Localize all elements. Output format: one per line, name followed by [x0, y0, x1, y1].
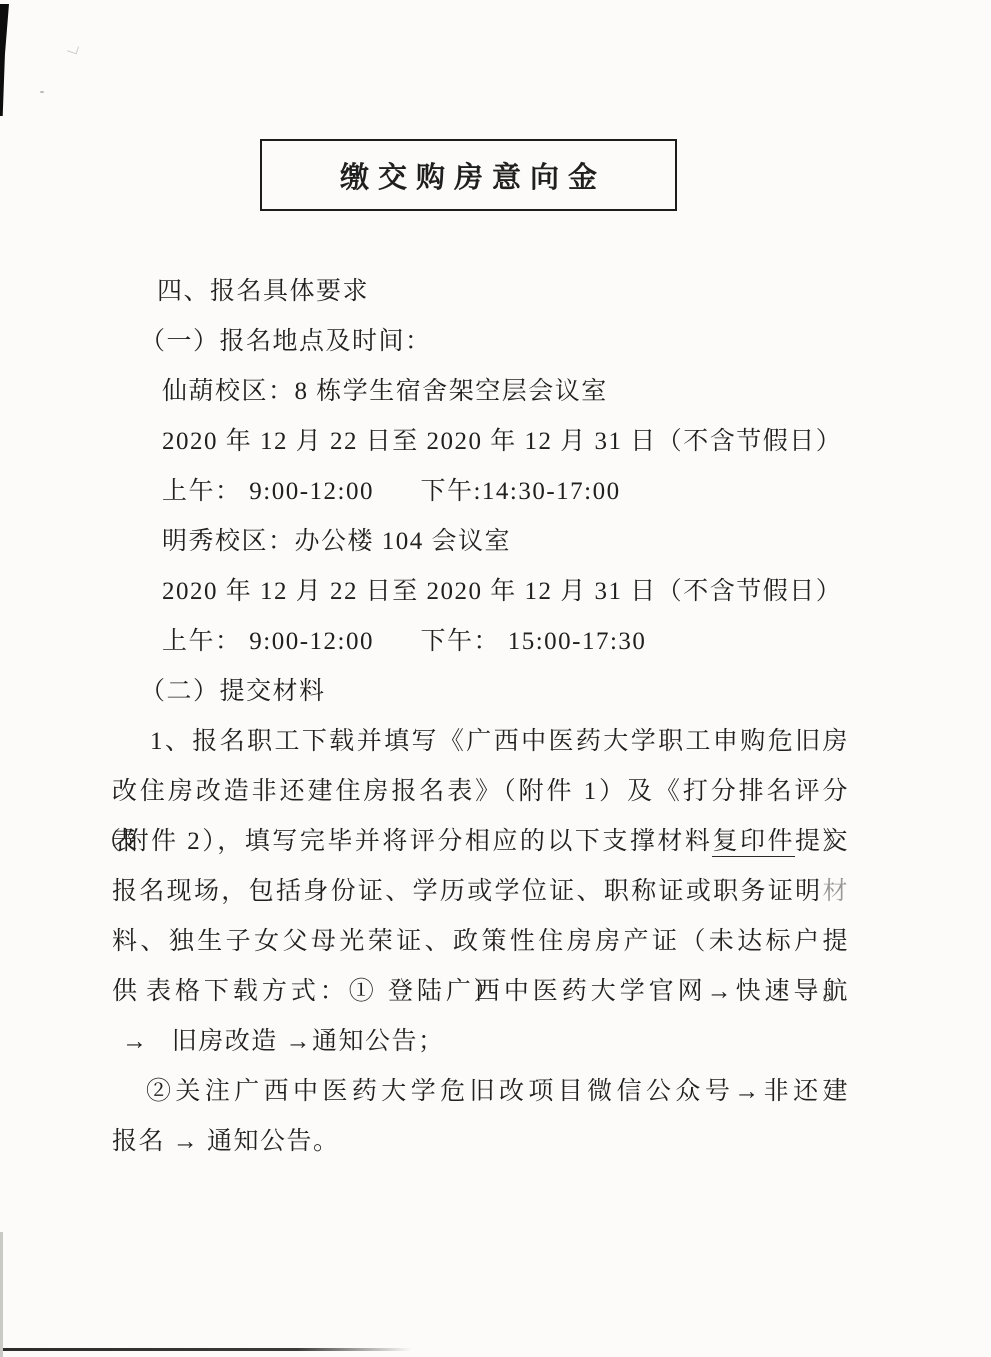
- section-heading: 四、报名具体要求: [112, 267, 849, 317]
- para1-line4: 报名现场，包括身份证、学历或学位证、职称证或职务证明材: [112, 867, 849, 917]
- para1-line3-underlined: 复印件: [712, 828, 795, 857]
- venue-2-hours: 上午： 9:00-12:00 下午： 15:00-17:30: [112, 617, 849, 667]
- para1-line3-pre: （附件 2），填写完毕并将评分相应的以下支撑材料: [96, 828, 712, 855]
- title-box: 缴交购房意向金: [260, 139, 677, 211]
- venue-1-location: 仙葫校区：8 栋学生宿舍架空层会议室: [112, 367, 849, 417]
- para1-line4-faded-char: 材: [822, 878, 849, 905]
- para1-line2: 改住房改造非还建住房报名表》（附件 1）及《打分排名评分表》: [112, 767, 849, 817]
- para3-line1: ②关注广西中医药大学危旧改项目微信公众号→非还建: [112, 1067, 849, 1117]
- venue-2-location: 明秀校区：办公楼 104 会议室: [112, 517, 849, 567]
- para1-line1: 1、报名职工下载并填写《广西中医药大学职工申购危旧房: [112, 717, 849, 767]
- para2-line1: 表格下载方式：① 登陆广西中医药大学官网→快速导航: [112, 967, 849, 1017]
- subsection-2-heading: （二）提交材料: [112, 667, 849, 717]
- scanned-document-page: 缴交购房意向金 四、报名具体要求 （一）报名地点及时间： 仙葫校区：8 栋学生宿…: [0, 0, 991, 1357]
- para1-line4-pre: 报名现场，包括身份证、学历或学位证、职称证或职务证明: [112, 878, 822, 905]
- para3-line2: 报名 → 通知公告。: [112, 1117, 849, 1167]
- para1-line5: 料、独生子女父母光荣证、政策性住房房产证（未达标户提供）。: [112, 917, 849, 967]
- scan-left-edge-shadow: [0, 1232, 3, 1357]
- para1-line3: （附件 2），填写完毕并将评分相应的以下支撑材料复印件提交: [96, 817, 849, 867]
- scan-bottom-edge-line: [0, 1348, 412, 1351]
- subsection-1-heading: （一）报名地点及时间：: [112, 317, 849, 367]
- venue-1-hours: 上午： 9:00-12:00 下午:14:30-17:00: [112, 467, 849, 517]
- para2-line2: → 旧房改造 →通知公告；: [112, 1017, 849, 1067]
- venue-1-dates: 2020 年 12 月 22 日至 2020 年 12 月 31 日（不含节假日…: [112, 417, 849, 467]
- scan-speck: [67, 44, 79, 55]
- document-body: 四、报名具体要求 （一）报名地点及时间： 仙葫校区：8 栋学生宿舍架空层会议室 …: [112, 267, 849, 1167]
- scan-speck: [40, 91, 44, 93]
- scan-corner-artifact: [0, 4, 9, 116]
- title-text: 缴交购房意向金: [331, 155, 606, 196]
- venue-2-dates: 2020 年 12 月 22 日至 2020 年 12 月 31 日（不含节假日…: [112, 567, 849, 617]
- para1-line3-post: 提交: [795, 828, 849, 855]
